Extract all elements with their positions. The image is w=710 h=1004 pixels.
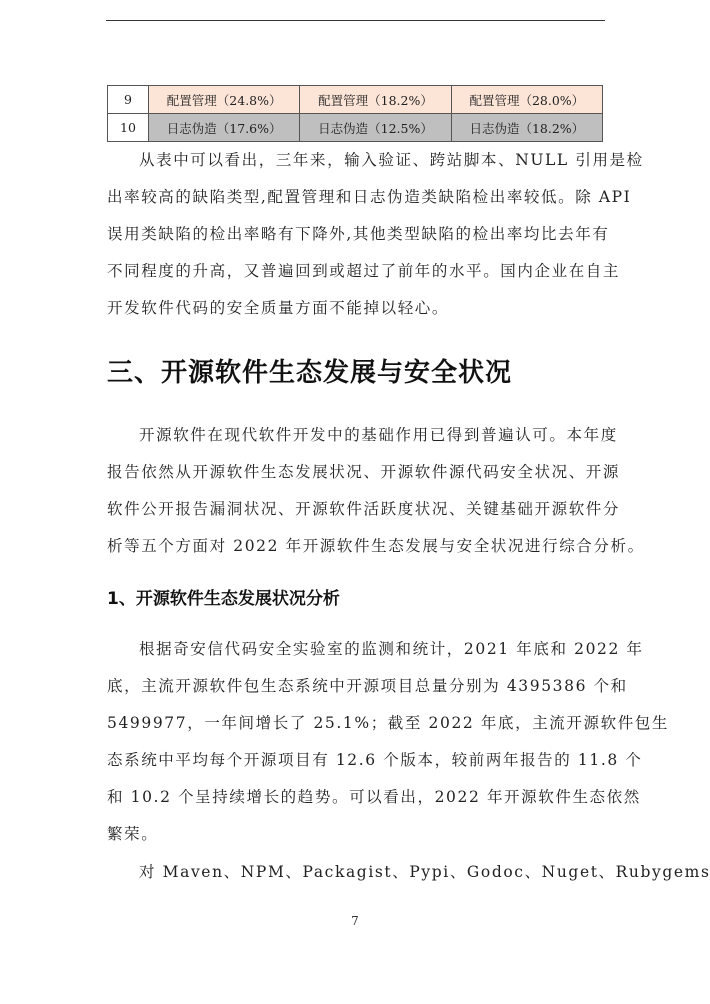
text-line: 态系统中平均每个开源项目有 12.6 个版本，较前两年报告的 11.8 个 [107, 742, 603, 779]
rank-cell: 9 [108, 86, 149, 114]
table-cell: 配置管理（18.2%） [300, 86, 451, 114]
text-line: 出率较高的缺陷类型,配置管理和日志伪造类缺陷检出率较低。除 API [107, 179, 603, 216]
text-line: 繁荣。 [107, 816, 603, 853]
subsection-heading: 1、开源软件生态发展状况分析 [107, 584, 340, 609]
table-row: 9 配置管理（24.8%） 配置管理（18.2%） 配置管理（28.0%） [108, 86, 603, 114]
table-cell: 日志伪造（17.6%） [149, 114, 300, 142]
paragraph-table-analysis: 从表中可以看出，三年来，输入验证、跨站脚本、NULL 引用是检 出率较高的缺陷类… [107, 142, 603, 327]
rank-cell: 10 [108, 114, 149, 142]
table-cell: 日志伪造（12.5%） [300, 114, 451, 142]
text-line: 报告依然从开源软件生态发展状况、开源软件源代码安全状况、开源 [107, 454, 603, 491]
section-heading: 三、开源软件生态发展与安全状况 [107, 352, 512, 389]
text-line: 根据奇安信代码安全实验室的监测和统计，2021 年底和 2022 年 [107, 631, 603, 668]
table-cell: 配置管理（24.8%） [149, 86, 300, 114]
text-line: 开源软件在现代软件开发中的基础作用已得到普遍认可。本年度 [107, 417, 603, 454]
paragraph-section-intro: 开源软件在现代软件开发中的基础作用已得到普遍认可。本年度 报告依然从开源软件生态… [107, 417, 603, 565]
table-cell: 日志伪造（18.2%） [451, 114, 602, 142]
page-number: 7 [0, 914, 710, 928]
text-line: 析等五个方面对 2022 年开源软件生态发展与安全状况进行综合分析。 [107, 528, 603, 565]
text-line: 开发软件代码的安全质量方面不能掉以轻心。 [107, 290, 603, 327]
text-line: 不同程度的升高，又普遍回到或超过了前年的水平。国内企业在自主 [107, 253, 603, 290]
text-line: 底，主流开源软件包生态系统中开源项目总量分别为 4395386 个和 [107, 668, 603, 705]
text-line: 从表中可以看出，三年来，输入验证、跨站脚本、NULL 引用是检 [107, 142, 603, 179]
table-row: 10 日志伪造（17.6%） 日志伪造（12.5%） 日志伪造（18.2%） [108, 114, 603, 142]
header-rule [106, 20, 605, 21]
text-line: 5499977，一年间增长了 25.1%；截至 2022 年底，主流开源软件包生 [107, 705, 603, 742]
paragraph-ecosystems-list: 对 Maven、NPM、Packagist、Pypi、Godoc、Nuget、R… [107, 854, 603, 891]
table-cell: 配置管理（28.0%） [451, 86, 602, 114]
paragraph-ecosystem-stats: 根据奇安信代码安全实验室的监测和统计，2021 年底和 2022 年 底，主流开… [107, 631, 603, 853]
text-line: 软件公开报告漏洞状况、开源软件活跃度状况、关键基础开源软件分 [107, 491, 603, 528]
text-line: 对 Maven、NPM、Packagist、Pypi、Godoc、Nuget、R… [107, 854, 603, 891]
text-line: 误用类缺陷的检出率略有下降外,其他类型缺陷的检出率均比去年有 [107, 216, 603, 253]
text-line: 和 10.2 个呈持续增长的趋势。可以看出，2022 年开源软件生态依然 [107, 779, 603, 816]
defect-table: 9 配置管理（24.8%） 配置管理（18.2%） 配置管理（28.0%） 10… [107, 85, 603, 142]
